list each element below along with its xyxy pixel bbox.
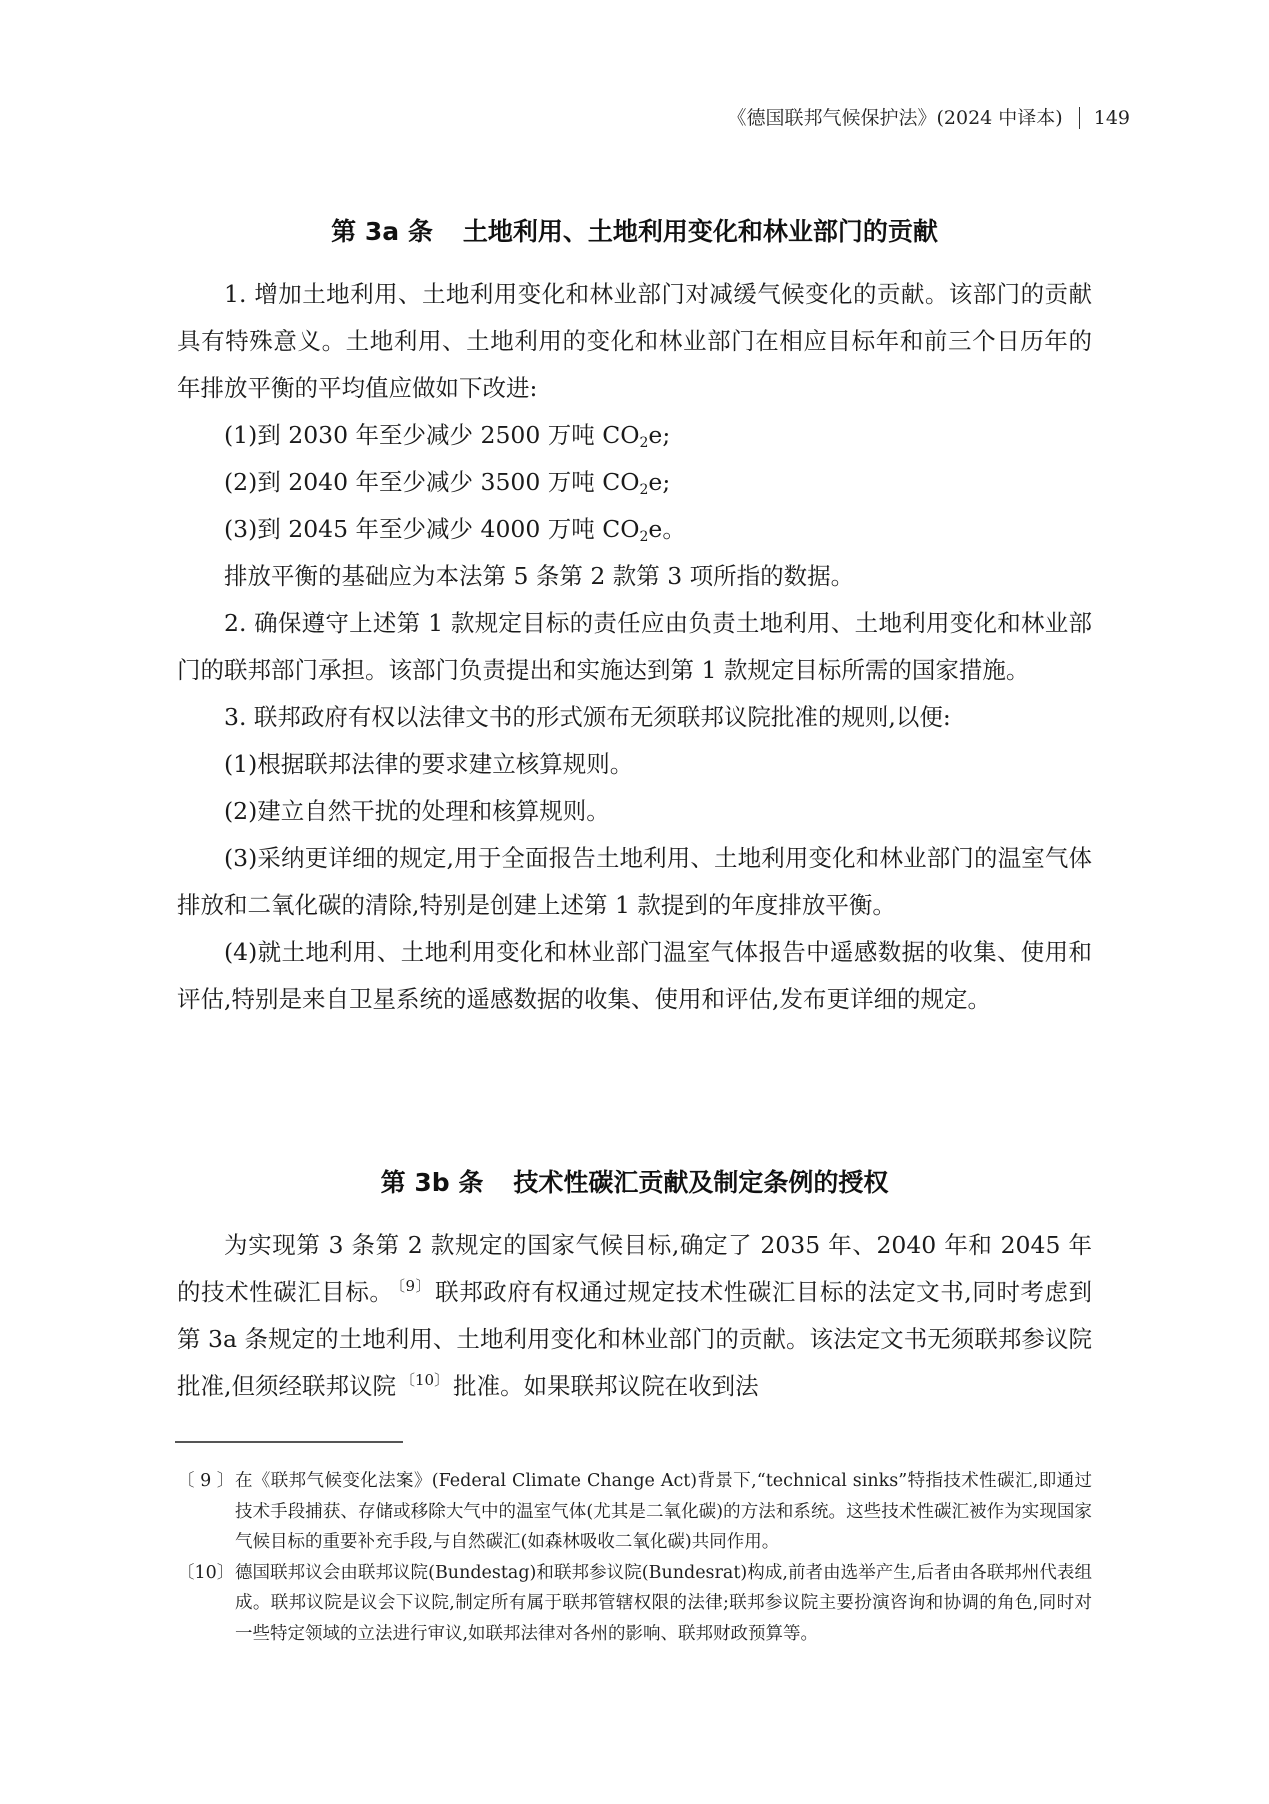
emission-basis: 排放平衡的基础应为本法第 5 条第 2 款第 3 项所指的数据。 xyxy=(177,553,1092,600)
book-title: 《德国联邦气候保护法》(2024 中译本) xyxy=(728,103,1063,133)
section-3a-heading: 第 3a 条土地利用、土地利用变化和林业部门的贡献 xyxy=(0,215,1269,249)
footnote-label: 〔 9 〕 xyxy=(177,1466,235,1558)
list-item: (4)就土地利用、土地利用变化和林业部门温室气体报告中遥感数据的收集、使用和评估… xyxy=(177,929,1092,1023)
footnote-ref-9[interactable]: 〔9〕 xyxy=(397,1277,431,1295)
paragraph-3: 3. 联邦政府有权以法律文书的形式颁布无须联邦议院批准的规则,以便: xyxy=(177,694,1092,741)
footnote-ref-10[interactable]: 〔10〕 xyxy=(400,1371,449,1389)
target-item: (2)到 2040 年至少减少 3500 万吨 CO2e; xyxy=(177,459,1092,506)
footnote-text: 在《联邦气候变化法案》(Federal Climate Change Act)背… xyxy=(235,1466,1092,1558)
section-3b-body: 为实现第 3 条第 2 款规定的国家气候目标,确定了 2035 年、2040 年… xyxy=(177,1222,1092,1410)
target-item: (1)到 2030 年至少减少 2500 万吨 CO2e; xyxy=(177,412,1092,459)
footnote-divider xyxy=(175,1441,403,1443)
paragraph-1: 1. 增加土地利用、土地利用变化和林业部门对减缓气候变化的贡献。该部门的贡献具有… xyxy=(177,271,1092,412)
article-number: 第 3a 条 xyxy=(331,217,433,246)
footnote-text: 德国联邦议会由联邦议院(Bundestag)和联邦参议院(Bundesrat)构… xyxy=(235,1558,1092,1650)
paragraph: 为实现第 3 条第 2 款规定的国家气候目标,确定了 2035 年、2040 年… xyxy=(177,1222,1092,1410)
running-header: 《德国联邦气候保护法》(2024 中译本) 149 xyxy=(728,103,1131,133)
header-separator xyxy=(1079,107,1080,129)
paragraph-2: 2. 确保遵守上述第 1 款规定目标的责任应由负责土地利用、土地利用变化和林业部… xyxy=(177,600,1092,694)
footnote-9: 〔 9 〕 在《联邦气候变化法案》(Federal Climate Change… xyxy=(177,1466,1092,1558)
list-item: (2)建立自然干扰的处理和核算规则。 xyxy=(177,788,1092,835)
section-3a-body: 1. 增加土地利用、土地利用变化和林业部门对减缓气候变化的贡献。该部门的贡献具有… xyxy=(177,271,1092,1023)
article-number: 第 3b 条 xyxy=(381,1168,484,1197)
footnote-label: 〔10〕 xyxy=(177,1558,235,1650)
footnotes: 〔 9 〕 在《联邦气候变化法案》(Federal Climate Change… xyxy=(177,1466,1092,1649)
article-title: 技术性碳汇贡献及制定条例的授权 xyxy=(513,1168,888,1197)
list-item: (1)根据联邦法律的要求建立核算规则。 xyxy=(177,741,1092,788)
page-number: 149 xyxy=(1094,103,1130,133)
list-item: (3)采纳更详细的规定,用于全面报告土地利用、土地利用变化和林业部门的温室气体排… xyxy=(177,835,1092,929)
section-3b-heading: 第 3b 条技术性碳汇贡献及制定条例的授权 xyxy=(0,1166,1269,1200)
article-title: 土地利用、土地利用变化和林业部门的贡献 xyxy=(463,217,938,246)
footnote-10: 〔10〕 德国联邦议会由联邦议院(Bundestag)和联邦参议院(Bundes… xyxy=(177,1558,1092,1650)
target-item: (3)到 2045 年至少减少 4000 万吨 CO2e。 xyxy=(177,506,1092,553)
